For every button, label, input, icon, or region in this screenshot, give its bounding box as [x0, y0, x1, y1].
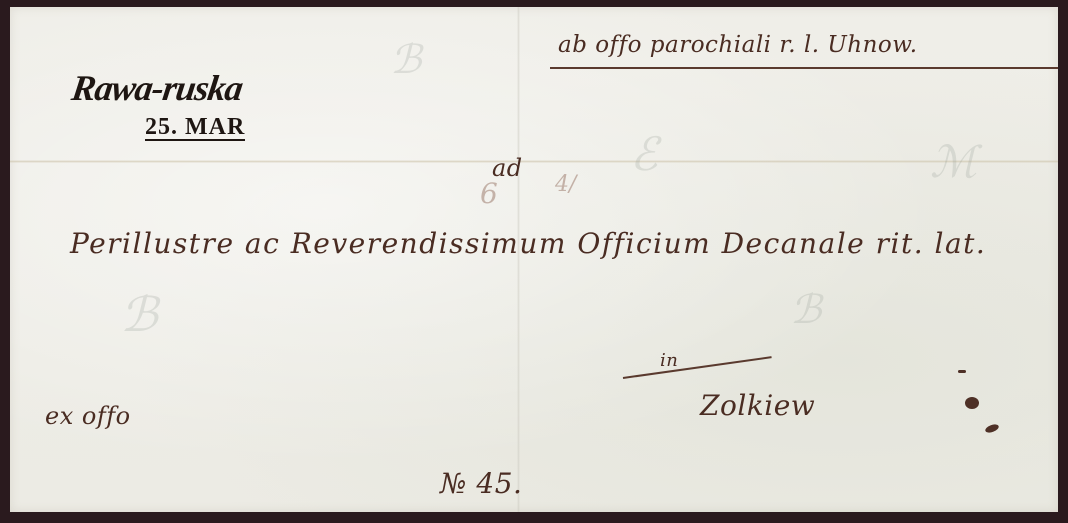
- bleed-through-writing: ℰ: [630, 127, 658, 181]
- ink-blot: [984, 423, 1000, 434]
- address-line: Perillustre ac Reverendissimum Officium …: [70, 227, 986, 260]
- bleed-through-writing: ℬ: [790, 287, 821, 333]
- service-note: ex offo: [45, 402, 131, 430]
- bleed-through-writing: ℬ: [390, 37, 421, 83]
- origin-underline: [550, 67, 1058, 69]
- ink-blot: [965, 397, 979, 409]
- fold-line-horizontal: [10, 160, 1058, 163]
- ink-mark: [958, 370, 966, 373]
- destination-in-label: in: [660, 350, 678, 371]
- letter-paper: ℬ ℰ ℳ ℬ ℬ Rawa-ruska 25. MAR ab offo par…: [10, 7, 1058, 512]
- postmark-date: 25. MAR: [145, 115, 245, 141]
- bleed-through-writing: ℳ: [930, 137, 977, 188]
- bleed-through-writing: ℬ: [120, 287, 158, 343]
- origin-note: ab offo parochiali r. l. Uhnow.: [558, 32, 918, 58]
- registry-number: № 45.: [440, 467, 522, 500]
- destination-town: Zolkiew: [700, 389, 815, 422]
- destination-rule: [623, 356, 772, 379]
- postmark-town: Rawa-ruska: [69, 67, 245, 109]
- faded-mark: 4/: [555, 172, 576, 197]
- address-prefix: ad: [492, 154, 523, 182]
